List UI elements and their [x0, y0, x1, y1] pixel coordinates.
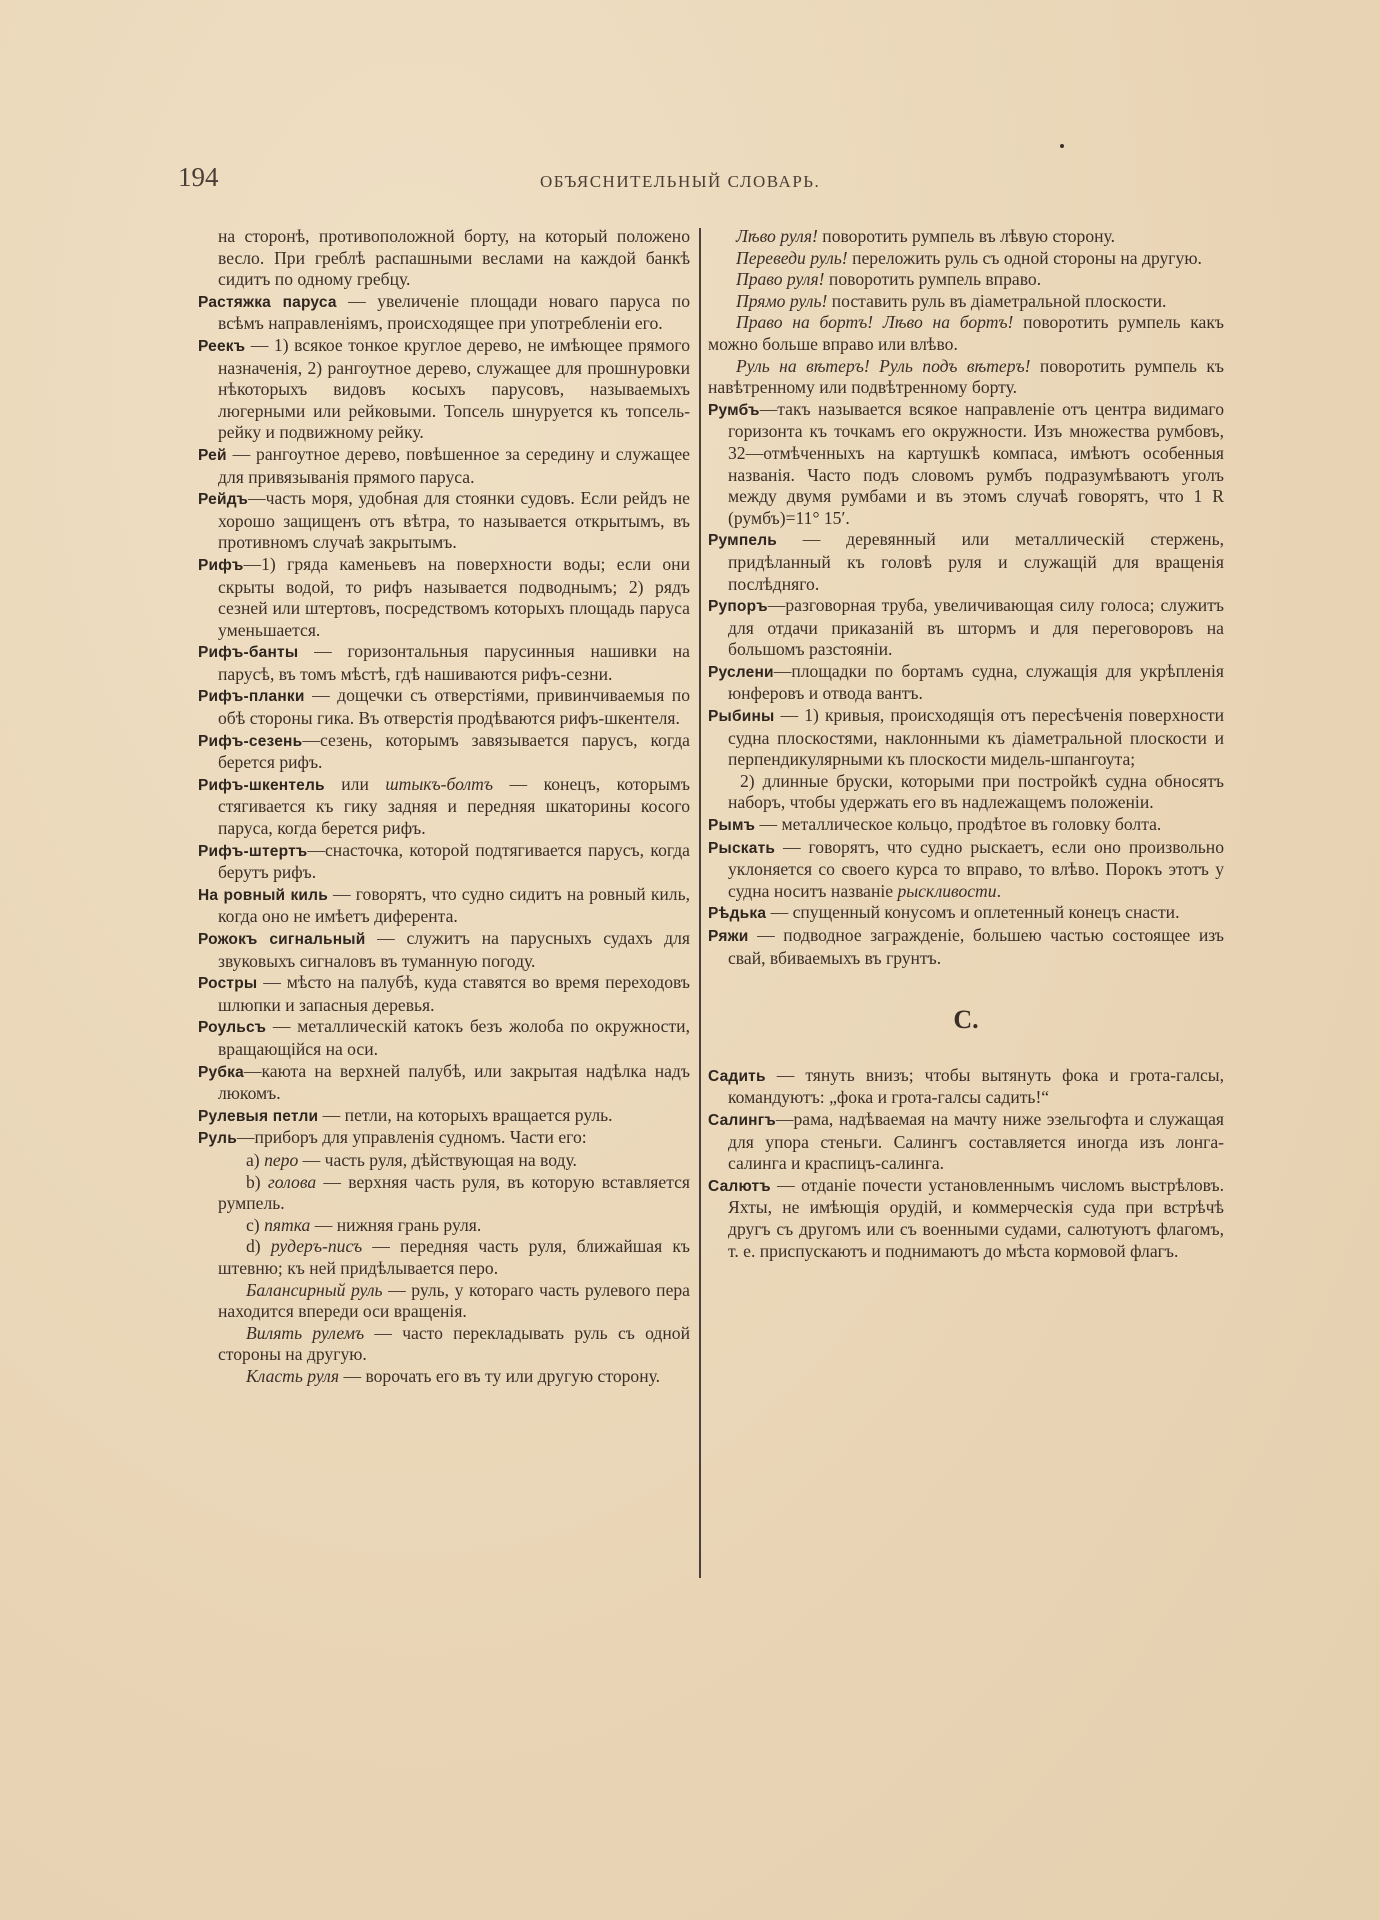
helm-command: Руль на вѣтеръ! Руль подъ вѣтеръ! поворо…: [708, 356, 1224, 399]
entry-definition: —рама, надѣваемая на мачту ниже эзельгоф…: [728, 1109, 1224, 1173]
rudder-phrase: Балансирный руль — руль, у котораго част…: [198, 1280, 690, 1323]
entry-definition: —площадки по бортамъ судна, служащія для…: [728, 661, 1224, 704]
entry-term: Рифъ: [198, 557, 244, 574]
phrase-term: Класть руля: [246, 1366, 339, 1386]
dictionary-entry: Ряжи — подводное загражденіе, большею ча…: [708, 925, 1224, 969]
entry-definition: —1) гряда каменьевъ на поверхности воды;…: [218, 554, 690, 640]
rudder-part: a) перо — часть руля, дѣйствующая на вод…: [198, 1150, 690, 1172]
entry-definition: — отданіе почести установленнымъ числомъ…: [728, 1175, 1224, 1261]
entry-term: Салингъ: [708, 1112, 776, 1129]
entry-term: Рубка: [198, 1064, 244, 1081]
helm-command: Право руля! поворотить румпель вправо.: [708, 269, 1224, 291]
dictionary-entry: Ростры — мѣсто на палубѣ, куда ставятся …: [198, 972, 690, 1016]
rudder-part: c) пятка — нижняя грань руля.: [198, 1215, 690, 1237]
entry-definition: — тянуть внизъ; чтобы вытянуть фока и гр…: [728, 1065, 1224, 1108]
column-divider: [699, 228, 701, 1578]
entry-term: Рулевыя петли: [198, 1108, 318, 1125]
dictionary-entry: На ровный киль — говорятъ, что судно сид…: [198, 884, 690, 928]
left-column: на сторонѣ, противоположной борту, на ко…: [198, 226, 690, 1387]
entry-term: Румпель: [708, 532, 777, 549]
dictionary-entry: Реекъ — 1) всякое тонкое круглое дерево,…: [198, 335, 690, 444]
dictionary-entry: Рей — рангоутное дерево, повѣшенное за с…: [198, 444, 690, 488]
command-term: Прямо руль!: [736, 291, 827, 311]
entry-definition: — мѣсто на палубѣ, куда ставятся во врем…: [218, 972, 690, 1015]
entry-definition: — подводное загражденіе, большею частью …: [728, 925, 1224, 968]
command-definition: поставить руль въ діаметральной плоскост…: [827, 291, 1166, 311]
entry-term: Руслени: [708, 664, 774, 681]
entry-term: Рифъ-планки: [198, 688, 305, 705]
entry-definition: — спущенный конусомъ и оплетенный конецъ…: [766, 902, 1179, 922]
entry-definition: —такъ называется всякое направленіе отъ …: [728, 399, 1224, 528]
entry-term: Руль: [198, 1130, 237, 1147]
entry-term: Садить: [708, 1068, 766, 1085]
rudder-phrase: Класть руля — ворочать его въ ту или дру…: [198, 1366, 690, 1388]
part-label: b): [246, 1172, 268, 1192]
part-definition: — часть руля, дѣйствующая на воду.: [298, 1150, 577, 1170]
dictionary-entry: Садить — тянуть внизъ; чтобы вытянуть фо…: [708, 1065, 1224, 1109]
entry-definition: — 1) всякое тонкое круглое дерево, не им…: [218, 335, 690, 442]
entry-term: Рожокъ сигнальный: [198, 931, 365, 948]
entry-term: Рифъ-сезень: [198, 733, 302, 750]
dictionary-entry: Рыбины — 1) кривыя, происходящія отъ пер…: [708, 705, 1224, 771]
helm-command: Право на бортъ! Лѣво на бортъ! поворотит…: [708, 312, 1224, 355]
entry-definition: —часть моря, удобная для стоянки судовъ.…: [218, 488, 690, 552]
part-term: рудеръ-писъ: [271, 1236, 362, 1256]
entry-definition: —разговорная труба, увеличивающая силу г…: [728, 595, 1224, 659]
entry-term: На ровный киль: [198, 887, 328, 904]
entry-term: Ростры: [198, 975, 257, 992]
dictionary-entry: Рыскать — говорятъ, что судно рыскаетъ, …: [708, 837, 1224, 903]
dictionary-entry: Роульсъ — металлическій катокъ безъ жоло…: [198, 1016, 690, 1060]
dictionary-entry: Салютъ — отданіе почести установленнымъ …: [708, 1175, 1224, 1262]
part-label: c): [246, 1215, 264, 1235]
page-number: 194: [178, 162, 219, 193]
entry-definition: — петли, на которыхъ вращается руль.: [318, 1105, 612, 1125]
part-label: d): [246, 1236, 271, 1256]
command-term: Переведи руль!: [736, 248, 848, 268]
dictionary-entry: Румбъ—такъ называется всякое направленіе…: [708, 399, 1224, 530]
rudder-phrase: Вилять рулемъ — часто перекладывать руль…: [198, 1323, 690, 1366]
dictionary-entry: Рифъ—1) гряда каменьевъ на поверхности в…: [198, 554, 690, 641]
part-definition: — нижняя грань руля.: [310, 1215, 481, 1235]
dictionary-entry: Рифъ-планки — дощечки съ отверстіями, пр…: [198, 685, 690, 729]
entry-italic-term: рыскливости: [897, 881, 996, 901]
entry-term: Роульсъ: [198, 1019, 266, 1036]
phrase-definition: — ворочать его въ ту или другую сторону.: [339, 1366, 660, 1386]
dictionary-entry: Румпель — деревянный или металлическій с…: [708, 529, 1224, 595]
entry-definition: — металлическій катокъ безъ жолоба по ок…: [218, 1016, 690, 1059]
dictionary-entry: Рифъ-сезень—сезень, которымъ завязываетс…: [198, 730, 690, 774]
dictionary-entry: Рожокъ сигнальный — служитъ на парусныхъ…: [198, 928, 690, 972]
entry-term: Реекъ: [198, 338, 245, 355]
entry-definition: —приборъ для управленія судномъ. Части е…: [237, 1127, 587, 1147]
entry-term: Рейдъ: [198, 491, 248, 508]
right-column: Лѣво руля! поворотить румпель въ лѣвую с…: [708, 226, 1224, 1262]
entry-term: Ряжи: [708, 928, 749, 945]
part-term: голова: [268, 1172, 316, 1192]
rudder-part: b) голова — верхняя часть руля, въ котор…: [198, 1172, 690, 1215]
entry-term: Рупоръ: [708, 598, 768, 615]
entry-definition: — рангоутное дерево, повѣшенное за серед…: [218, 444, 690, 487]
command-term: Руль на вѣтеръ! Руль подъ вѣтеръ!: [736, 356, 1031, 376]
running-title: ОБЪЯСНИТЕЛЬНЫЙ СЛОВАРЬ.: [540, 172, 820, 192]
print-speck: [1060, 144, 1064, 148]
part-label: a): [246, 1150, 264, 1170]
dictionary-entry: Рифъ-банты — горизонтальныя парусинныя н…: [198, 641, 690, 685]
entry-definition: — 1) кривыя, происходящія отъ пересѣчені…: [728, 705, 1224, 769]
dictionary-entry: Рейдъ—часть моря, удобная для стоянки су…: [198, 488, 690, 554]
entry-term: Рифъ-банты: [198, 644, 298, 661]
command-term: Право руля!: [736, 269, 825, 289]
entry-connector: или: [325, 774, 386, 794]
continued-text: на сторонѣ, противоположной борту, на ко…: [198, 226, 690, 291]
entry-term: Рымъ: [708, 817, 755, 834]
entry-definition: — деревянный или металлическій стержень,…: [728, 529, 1224, 593]
command-term: Лѣво руля!: [736, 226, 818, 246]
phrase-term: Вилять рулемъ: [246, 1323, 364, 1343]
dictionary-entry: Руслени—площадки по бортамъ судна, служа…: [708, 661, 1224, 705]
command-term: Право на бортъ! Лѣво на бортъ!: [736, 312, 1013, 332]
dictionary-entry: Рубка—каюта на верхней палубѣ, или закры…: [198, 1061, 690, 1105]
helm-command: Лѣво руля! поворотить румпель въ лѣвую с…: [708, 226, 1224, 248]
entry-tail: .: [997, 881, 1001, 901]
part-term: пятка: [264, 1215, 310, 1235]
entry-term: Рифъ-шкентель: [198, 777, 325, 794]
dictionary-entry: Рифъ-штертъ—снасточка, которой подтягива…: [198, 840, 690, 884]
page-header: 194 ОБЪЯСНИТЕЛЬНЫЙ СЛОВАРЬ.: [178, 162, 1230, 202]
helm-command: Прямо руль! поставить руль въ діаметраль…: [708, 291, 1224, 313]
entry-continuation: 2) длинные бруски, которыми при постройк…: [708, 771, 1224, 814]
entry-term: Рыбины: [708, 708, 774, 725]
entry-term: Рей: [198, 447, 227, 464]
entry-term: Рыскать: [708, 840, 775, 857]
dictionary-entry: Салингъ—рама, надѣваемая на мачту ниже э…: [708, 1109, 1224, 1175]
part-term: перо: [264, 1150, 298, 1170]
entry-definition: — металлическое кольцо, продѣтое въ голо…: [755, 814, 1161, 834]
command-definition: поворотить румпель въ лѣвую сторону.: [818, 226, 1115, 246]
section-heading: С.: [708, 1009, 1224, 1031]
phrase-term: Балансирный руль: [246, 1280, 383, 1300]
dictionary-entry: Рупоръ—разговорная труба, увеличивающая …: [708, 595, 1224, 661]
dictionary-entry: Рифъ-шкентель или штыкъ-болтъ — конецъ, …: [198, 774, 690, 840]
entry-term: Рѣдька: [708, 905, 766, 922]
dictionary-entry: Рымъ — металлическое кольцо, продѣтое въ…: [708, 814, 1224, 837]
dictionary-entry: Рулевыя петли — петли, на которыхъ враща…: [198, 1105, 690, 1128]
entry-synonym: штыкъ-болтъ: [385, 774, 493, 794]
dictionary-entry: Руль—приборъ для управленія судномъ. Час…: [198, 1127, 690, 1150]
rudder-part: d) рудеръ-писъ — передняя часть руля, бл…: [198, 1236, 690, 1279]
entry-term: Рифъ-штертъ: [198, 843, 307, 860]
dictionary-entry: Растяжка паруса — увеличеніе площади нов…: [198, 291, 690, 335]
command-definition: поворотить румпель вправо.: [825, 269, 1042, 289]
command-definition: переложить руль съ одной стороны на друг…: [848, 248, 1202, 268]
dictionary-entry: Рѣдька — спущенный конусомъ и оплетенный…: [708, 902, 1224, 925]
entry-term: Растяжка паруса: [198, 294, 337, 311]
helm-command: Переведи руль! переложить руль съ одной …: [708, 248, 1224, 270]
entry-term: Салютъ: [708, 1178, 771, 1195]
entry-term: Румбъ: [708, 402, 760, 419]
entry-definition: —каюта на верхней палубѣ, или закрытая н…: [218, 1061, 690, 1104]
